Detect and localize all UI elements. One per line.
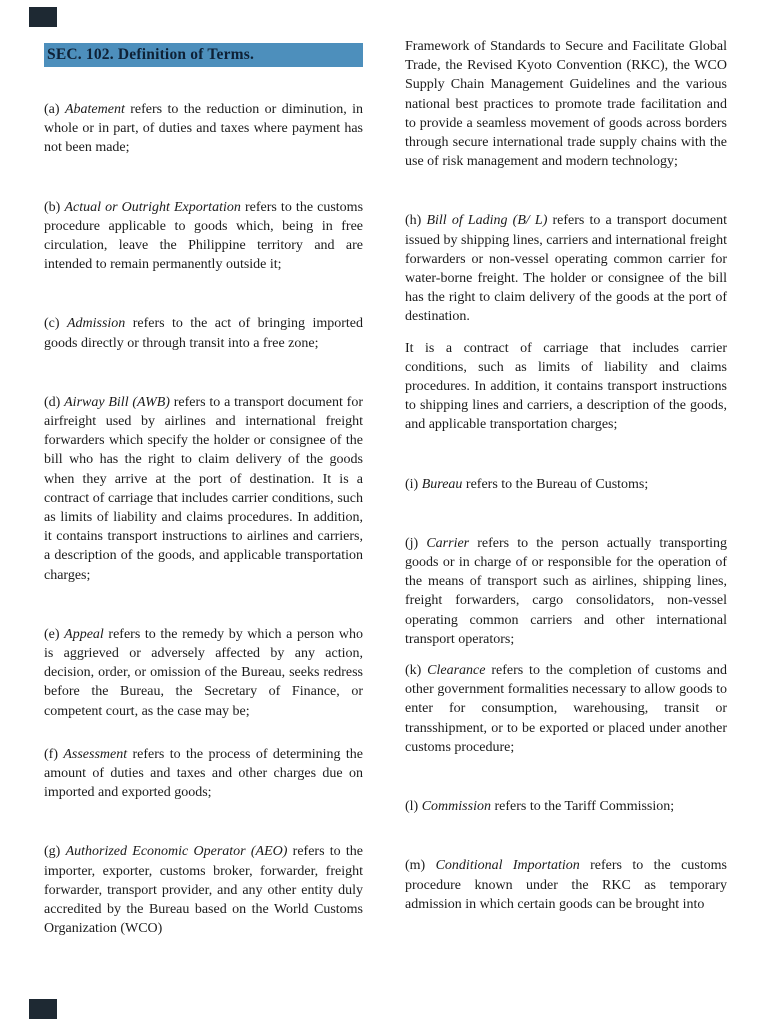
definition-paragraph: (m) Conditional Importation refers to th… [405, 856, 727, 914]
definition-paragraph: (b) Actual or Outright Exportation refer… [44, 198, 363, 275]
left-column-paragraphs: (a) Abatement refers to the reduction or… [44, 100, 363, 939]
defined-term: Authorized Economic Operator (AEO) [66, 844, 288, 859]
defined-term: Abatement [65, 102, 125, 117]
defined-term: Commission [422, 799, 491, 814]
right-column-top-spacer [405, 0, 727, 37]
defined-term: Conditional Importation [436, 858, 580, 873]
definition-paragraph: (d) Airway Bill (AWB) refers to a transp… [44, 393, 363, 585]
section-header-title: SEC. 102. Definition of Terms. [47, 46, 254, 63]
definition-paragraph: (a) Abatement refers to the reduction or… [44, 100, 363, 158]
definition-paragraph: (k) Clearance refers to the completion o… [405, 661, 727, 757]
definition-paragraph: (f) Assessment refers to the process of … [44, 745, 363, 803]
definition-paragraph: (e) Appeal refers to the remedy by which… [44, 625, 363, 721]
definition-paragraph: (l) Commission refers to the Tariff Comm… [405, 797, 727, 816]
definition-paragraph: (h) Bill of Lading (B/ L) refers to a tr… [405, 211, 727, 326]
defined-term: Carrier [426, 536, 469, 551]
page-edge-mark-bottom [29, 999, 57, 1019]
definition-paragraph: Framework of Standards to Secure and Fac… [405, 37, 727, 171]
definition-paragraph: It is a contract of carriage that includ… [405, 339, 727, 435]
definition-paragraph: (g) Authorized Economic Operator (AEO) r… [44, 842, 363, 938]
defined-term: Appeal [64, 627, 104, 642]
document-page: SEC. 102. Definition of Terms. (a) Abate… [0, 0, 768, 1024]
defined-term: Admission [67, 316, 125, 331]
defined-term: Airway Bill (AWB) [64, 395, 170, 410]
defined-term: Bill of Lading (B/ L) [426, 213, 547, 228]
defined-term: Actual or Outright Exportation [64, 200, 240, 215]
section-header: SEC. 102. Definition of Terms. [44, 43, 363, 67]
right-column: Framework of Standards to Secure and Fac… [405, 0, 727, 914]
right-column-paragraphs: Framework of Standards to Secure and Fac… [405, 37, 727, 914]
definition-paragraph: (c) Admission refers to the act of bring… [44, 314, 363, 352]
defined-term: Clearance [427, 663, 485, 678]
defined-term: Bureau [422, 477, 463, 492]
defined-term: Assessment [63, 747, 127, 762]
left-column: SEC. 102. Definition of Terms. (a) Abate… [44, 0, 363, 939]
definition-paragraph: (j) Carrier refers to the person actuall… [405, 534, 727, 649]
definition-paragraph: (i) Bureau refers to the Bureau of Custo… [405, 475, 727, 494]
